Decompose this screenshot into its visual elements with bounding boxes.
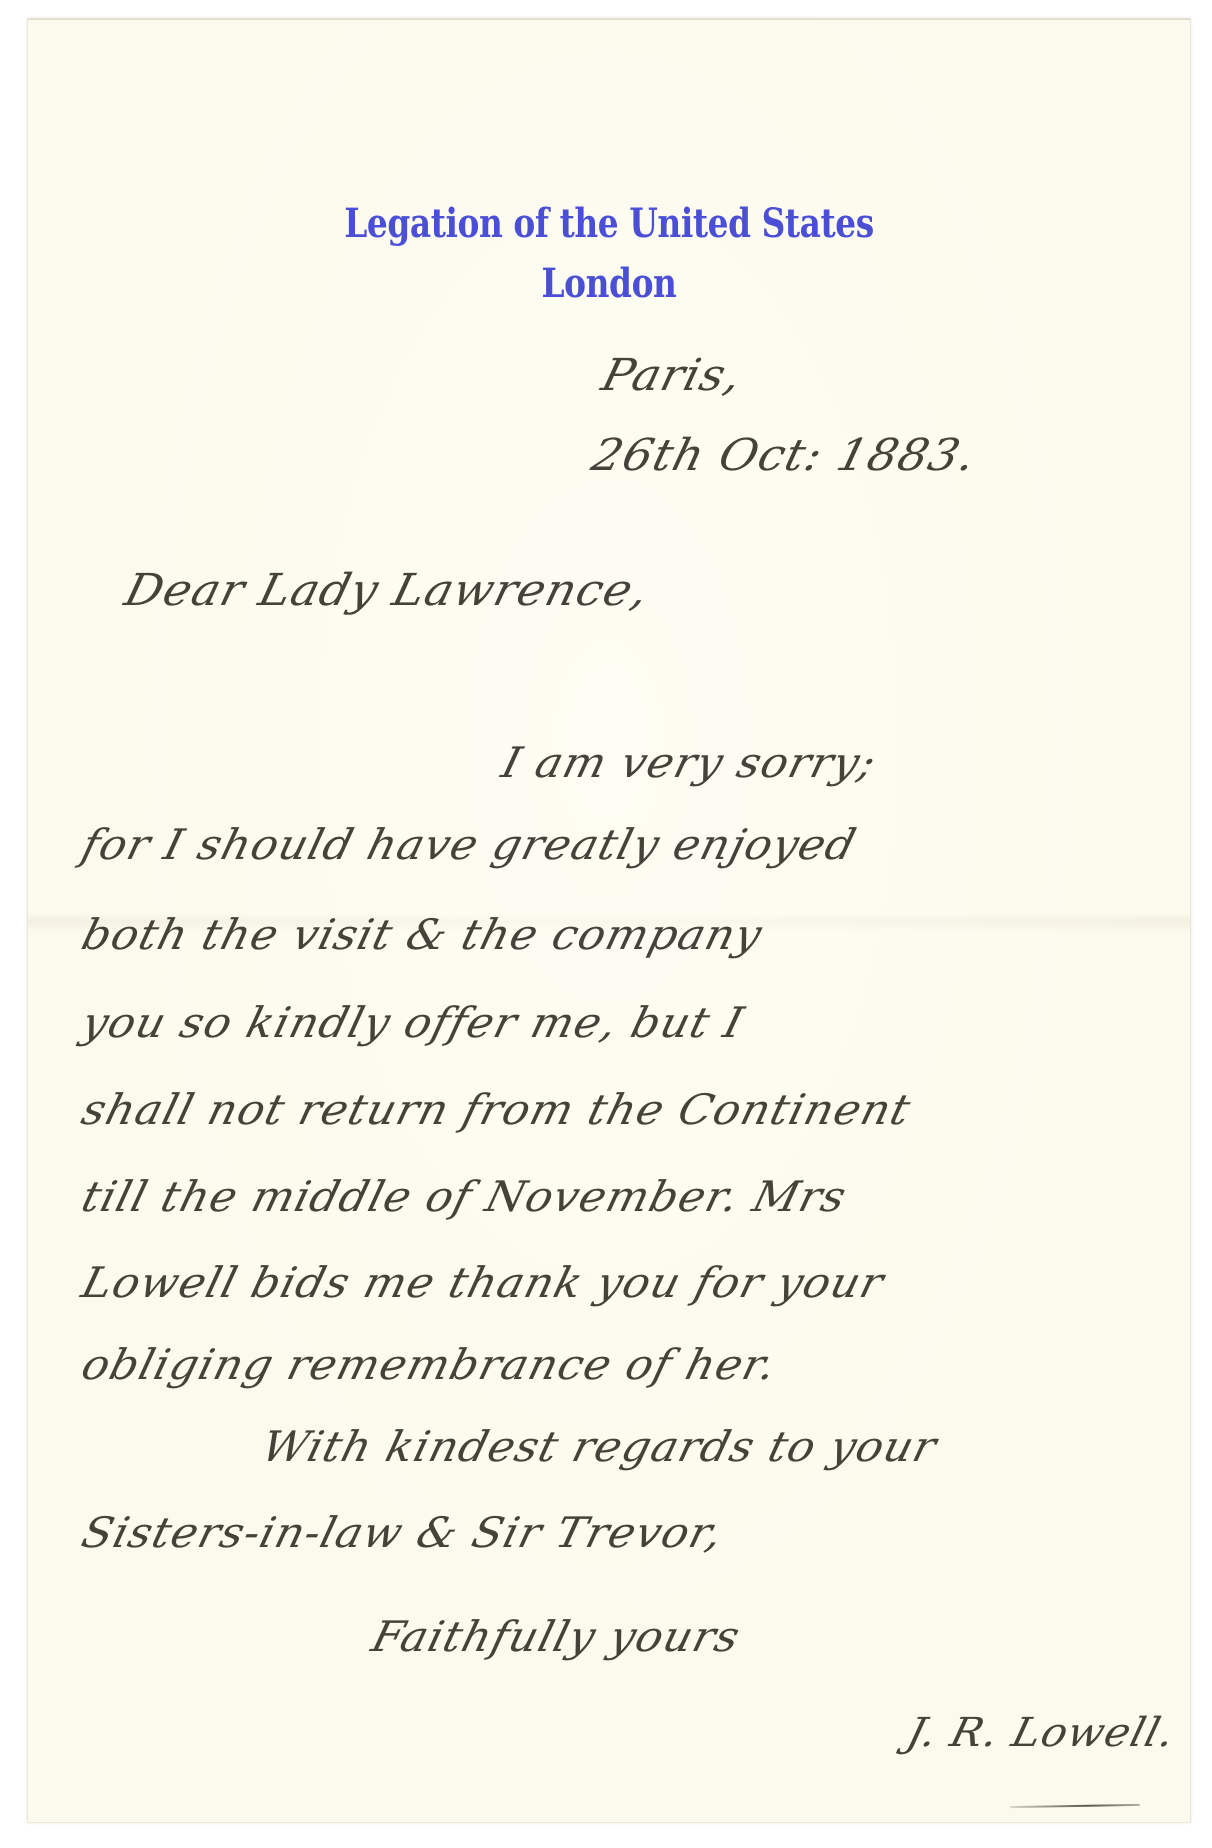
letter-place: Paris, [597, 350, 748, 401]
letter-salutation: Dear Lady Lawrence, [120, 565, 655, 616]
body-line-10: Sisters-in-law & Sir Trevor, [77, 1508, 729, 1557]
body-line-2: for I should have greatly enjoyed [77, 820, 862, 869]
body-line-7: Lowell bids me thank you for your [77, 1258, 889, 1307]
letter-closing: Faithfully yours [367, 1612, 746, 1661]
body-line-4: you so kindly offer me, but I [77, 998, 749, 1047]
letter-signature: J. R. Lowell. [902, 1710, 1180, 1756]
letter-date: 26th Oct: 1883. [587, 430, 982, 481]
body-line-6: till the middle of November. Mrs [77, 1172, 852, 1221]
letter-paper: Legation of the United States London Par… [27, 18, 1191, 1823]
letterhead-city: London [133, 260, 1086, 307]
body-line-1: I am very sorry; [497, 738, 882, 787]
body-line-5: shall not return from the Continent [77, 1085, 916, 1134]
body-line-3: both the visit & the company [77, 910, 768, 959]
letterhead-title: Legation of the United States [133, 200, 1086, 247]
body-line-8: obliging remembrance of her. [77, 1340, 782, 1389]
body-line-9: With kindest regards to your [257, 1422, 942, 1471]
